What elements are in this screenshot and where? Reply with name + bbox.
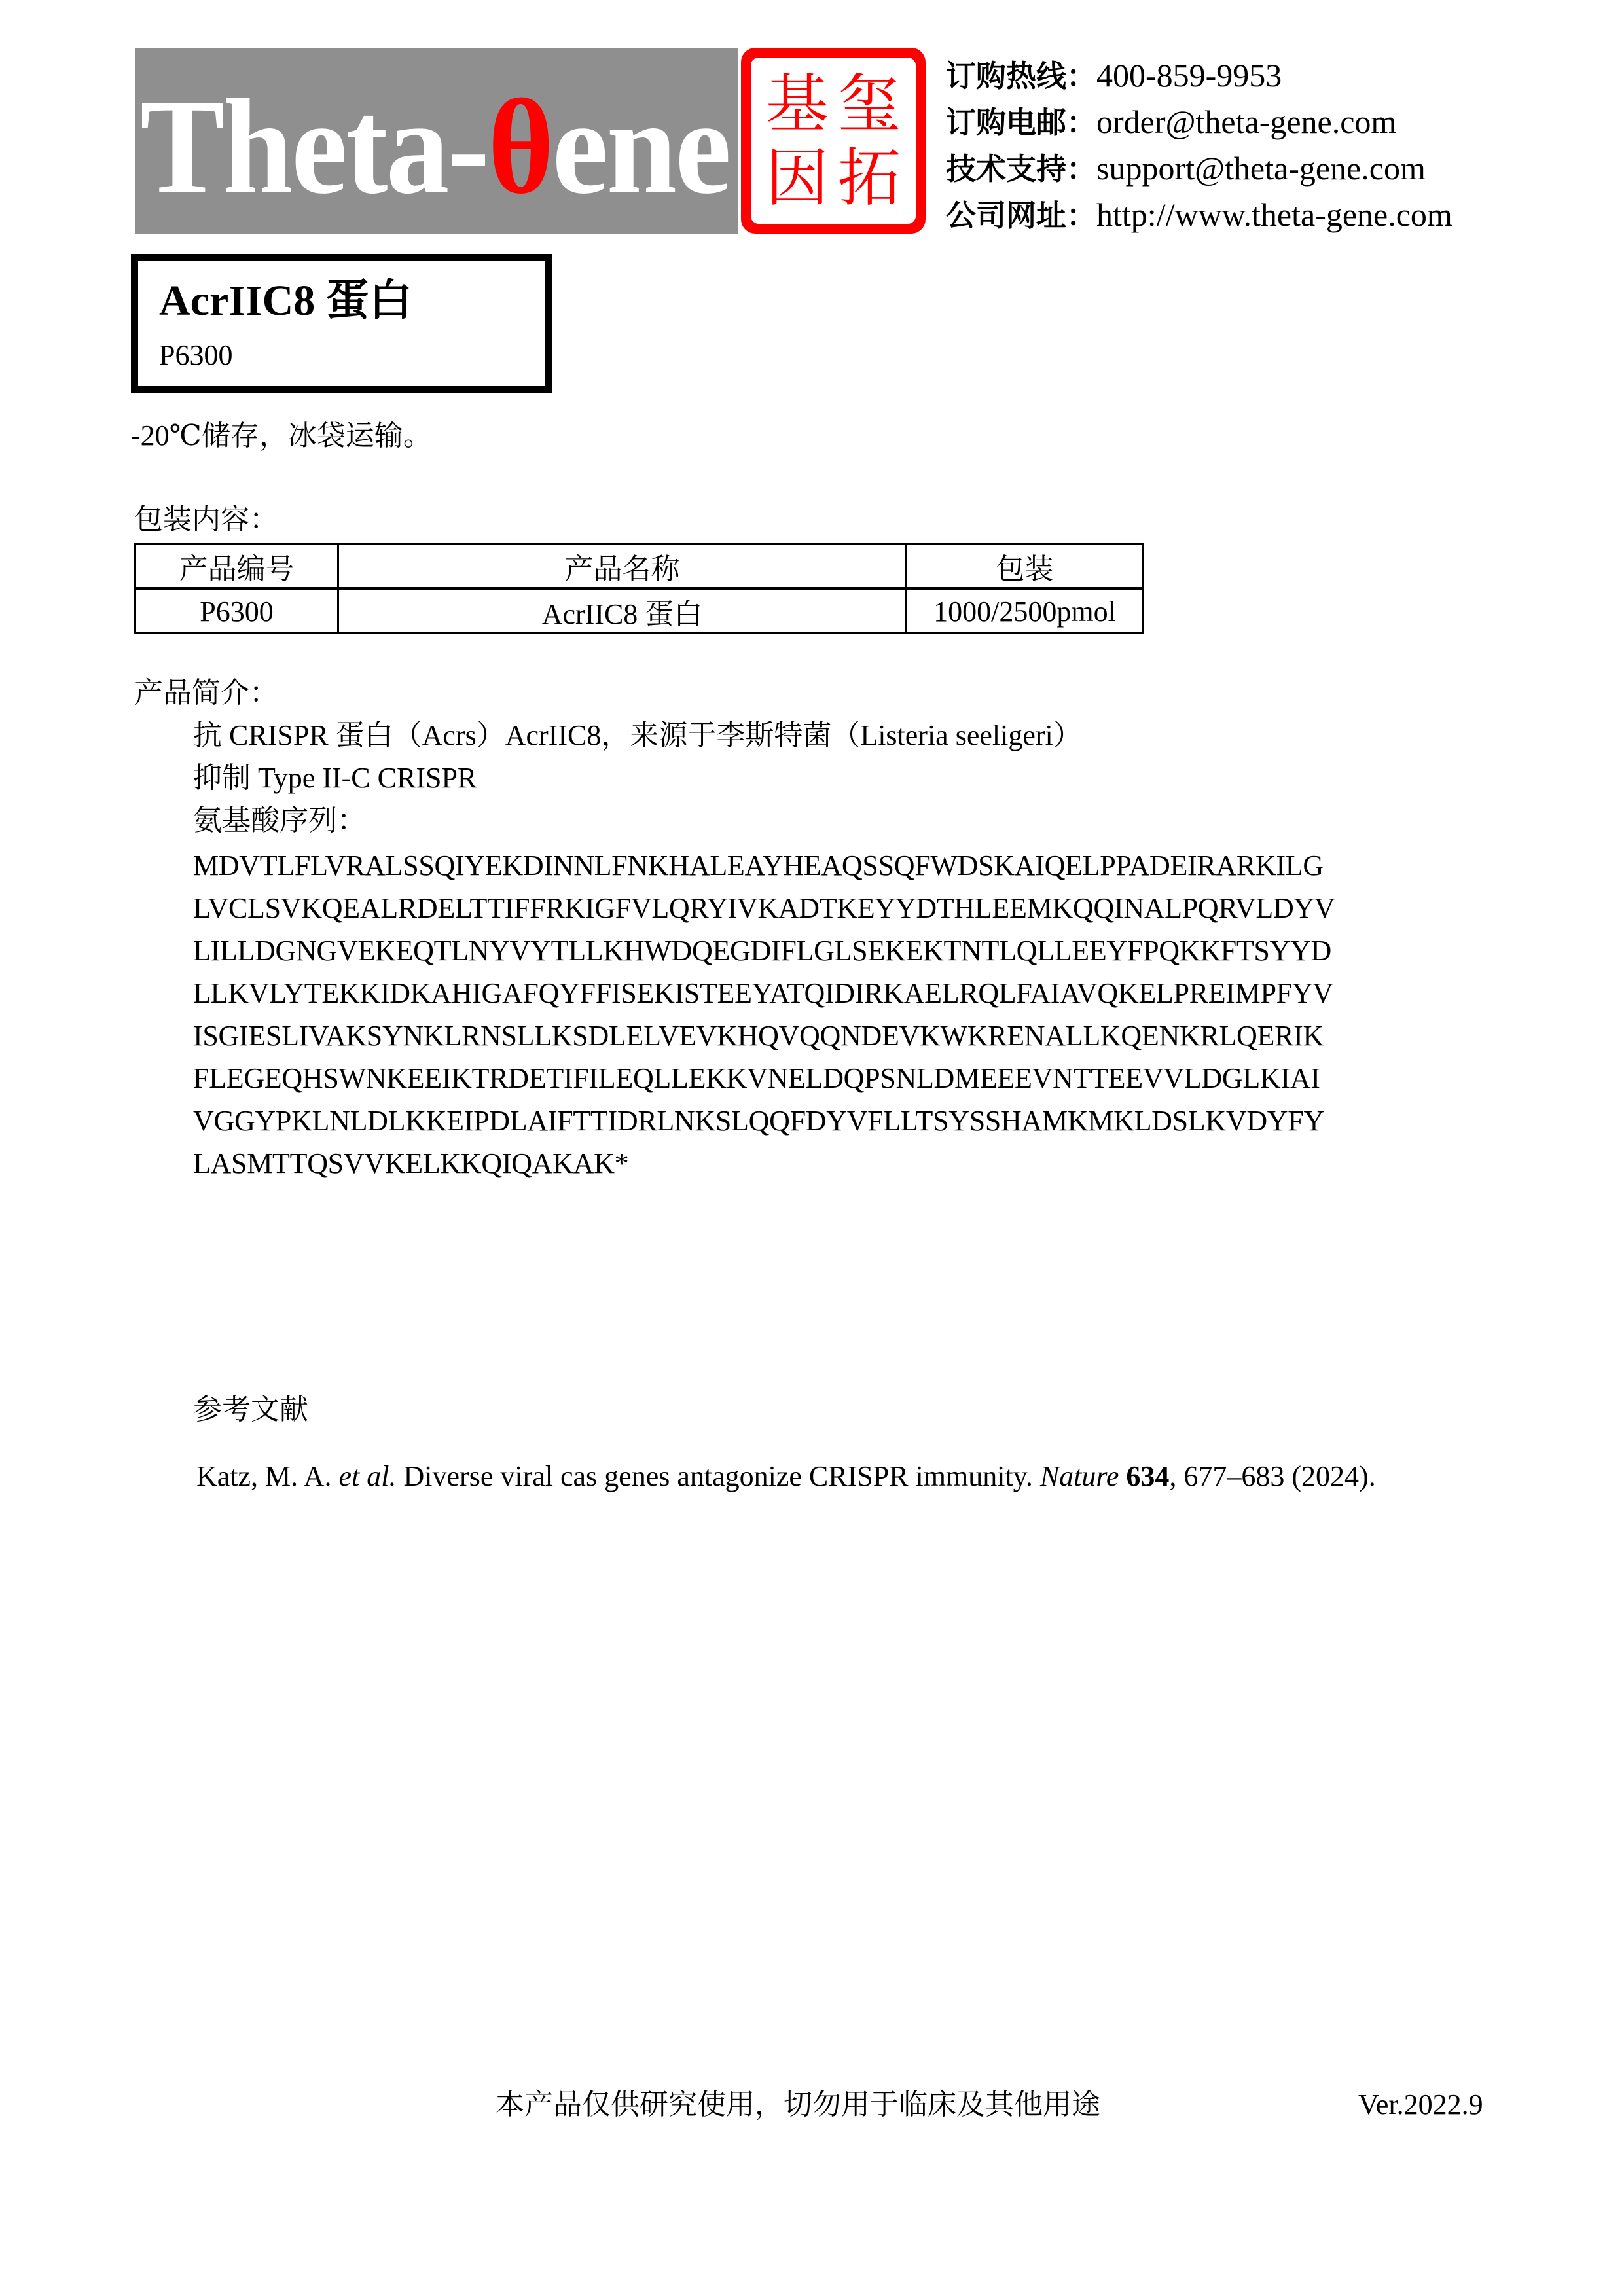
seal-char: 因 xyxy=(766,147,829,209)
table-cell: AcrIIC8 蛋白 xyxy=(338,589,907,634)
company-logo: Theta-θene xyxy=(140,79,729,215)
sequence-line: LLKVLYTEKKIDKAHIGAFQYFFISEKISTEEYATQIDIR… xyxy=(193,972,1335,1014)
seal-inner: 基 玺 因 拓 xyxy=(751,58,916,224)
sequence-line: MDVTLFLVRALSSQIYEKDINNLFNKHALEAYHEAQSSQF… xyxy=(193,844,1335,887)
species-name: Listeria seeligeri xyxy=(860,719,1053,751)
journal-name: Nature xyxy=(1040,1460,1119,1492)
journal-volume: 634 xyxy=(1126,1460,1169,1492)
table-row: P6300 AcrIIC8 蛋白 1000/2500pmol xyxy=(135,589,1144,634)
amino-acid-sequence: MDVTLFLVRALSSQIYEKDINNLFNKHALEAYHEAQSSQF… xyxy=(193,844,1335,1185)
sequence-line: ISGIESLIVAKSYNKLRNSLLKSDLELVEVKHQVQQNDEV… xyxy=(193,1014,1335,1057)
packaging-table: 产品编号 产品名称 包装 P6300 AcrIIC8 蛋白 1000/2500p… xyxy=(134,543,1144,634)
reference-citation: Katz, M. A. et al. Diverse viral cas gen… xyxy=(196,1460,1376,1494)
intro-heading: 产品简介： xyxy=(134,676,278,711)
product-title: AcrIIC8 蛋白 xyxy=(159,279,545,323)
references-heading: 参考文献 xyxy=(193,1393,308,1427)
footer-version: Ver.2022.9 xyxy=(1358,2088,1483,2123)
packaging-heading: 包装内容： xyxy=(134,503,278,537)
logo-theta: θ xyxy=(488,71,552,222)
sequence-line: LILLDGNGVEKEQTLNYVYTLLKHWDQEGDIFLGLSEKEK… xyxy=(193,929,1335,972)
contact-support: 技术支持：support@theta-gene.com xyxy=(946,145,1453,192)
sequence-line: FLEGEQHSWNKEEIKTRDETIFILEQLLEKKVNELDQPSN… xyxy=(193,1057,1335,1100)
logo-suffix: ene xyxy=(552,71,729,222)
intro-line-origin: 抗 CRISPR 蛋白（Acrs）AcrIIC8，来源于李斯特菌（Listeri… xyxy=(193,719,1082,753)
column-header: 产品名称 xyxy=(338,545,907,589)
table-cell: P6300 xyxy=(135,589,338,634)
contact-website: 公司网址：http://www.theta-gene.com xyxy=(946,192,1453,238)
logo-prefix: Theta- xyxy=(140,71,488,222)
contact-hotline: 订购热线：400-859-9953 xyxy=(946,52,1453,99)
sequence-line: LASMTTQSVVKELKKQIQAKAK* xyxy=(193,1142,1335,1185)
column-header: 包装 xyxy=(907,545,1144,589)
column-header: 产品编号 xyxy=(135,545,338,589)
order-email-link[interactable]: order@theta-gene.com xyxy=(1096,103,1396,140)
sequence-line: VGGYPKLNLDLKKEIPDLAIFTTIDRLNKSLQQFDYVFLL… xyxy=(193,1100,1335,1142)
support-email-link[interactable]: support@theta-gene.com xyxy=(1096,150,1426,187)
table-cell: 1000/2500pmol xyxy=(907,589,1144,634)
table-header-row: 产品编号 产品名称 包装 xyxy=(135,545,1144,589)
website-link[interactable]: http://www.theta-gene.com xyxy=(1096,196,1453,233)
seal-char: 拓 xyxy=(838,147,901,209)
contact-info: 订购热线：400-859-9953 订购电邮：order@theta-gene.… xyxy=(946,52,1453,238)
product-code: P6300 xyxy=(159,341,545,370)
seal-char: 玺 xyxy=(838,73,901,135)
contact-email: 订购电邮：order@theta-gene.com xyxy=(946,99,1453,145)
seal-char: 基 xyxy=(766,73,829,135)
intro-line-inhibits: 抑制 Type II-C CRISPR xyxy=(193,761,477,796)
sequence-line: LVCLSVKQEALRDELTTIFFRKIGFVLQRYIVKADTKEYY… xyxy=(193,887,1335,929)
product-title-box: AcrIIC8 蛋白 P6300 xyxy=(131,254,552,393)
footer-disclaimer: 本产品仅供研究使用，切勿用于临床及其他用途 xyxy=(496,2088,1100,2123)
intro-line-sequence-label: 氨基酸序列： xyxy=(193,804,366,838)
storage-note: -20℃储存，冰袋运输。 xyxy=(131,419,432,454)
company-seal: 基 玺 因 拓 xyxy=(741,48,926,234)
